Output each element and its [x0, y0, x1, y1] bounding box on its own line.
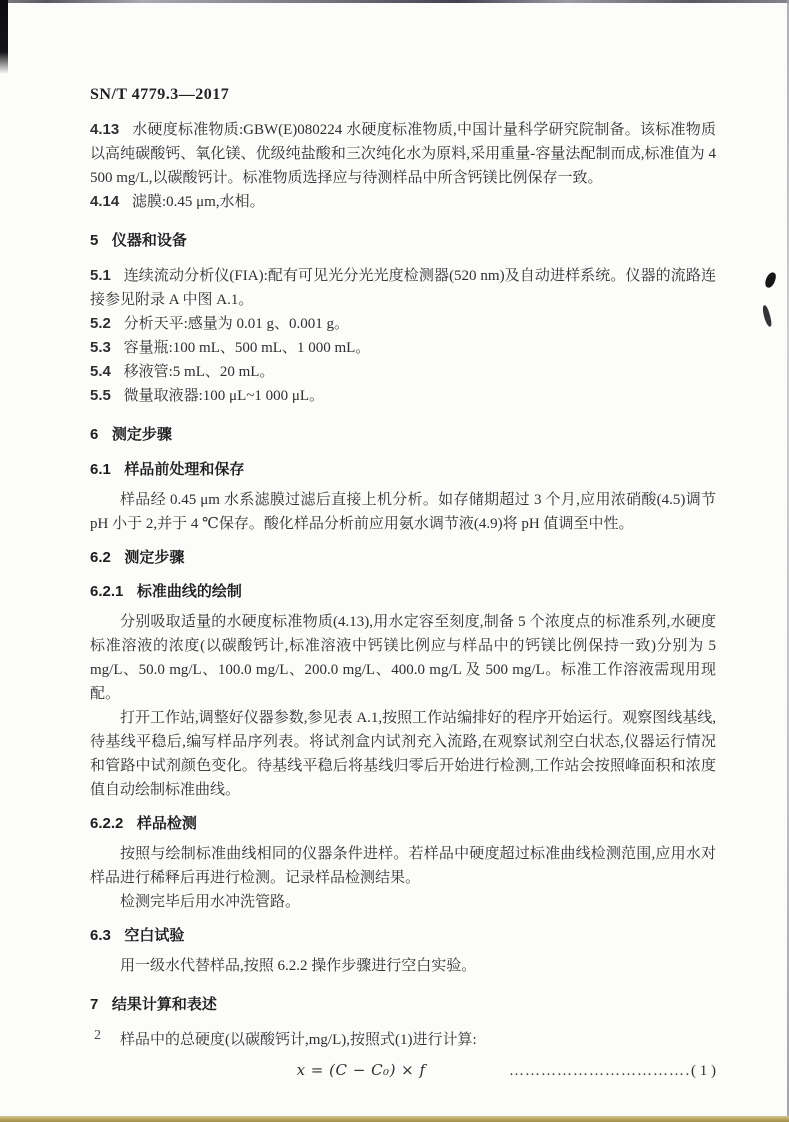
clause-number: 5.1 [90, 267, 111, 284]
section-heading: 6.2.2样品检测 [90, 812, 716, 836]
paragraph: 按照与绘制标准曲线相同的仪器条件进样。若样品中硬度超过标准曲线检测范围,应用水对… [90, 842, 716, 890]
scan-ink-mark [761, 305, 772, 328]
clause-text: 测定步骤 [124, 549, 184, 566]
clause-text: 样品经 0.45 μm 水系滤膜过滤后直接上机分析。如存储期超过 3 个月,应用… [90, 492, 716, 532]
section-heading: 5仪器和设备 [90, 229, 716, 253]
clause-text: 打开工作站,调整好仪器参数,参见表 A.1,按照工作站编排好的程序开始运行。观察… [90, 710, 716, 798]
clause-number: 5.3 [90, 339, 111, 356]
clause-text: 用一级水代替样品,按照 6.2.2 操作步骤进行空白实验。 [120, 958, 476, 974]
paragraph: 分别吸取适量的水硬度标准物质(4.13),用水定容至刻度,制备 5 个浓度点的标… [90, 610, 716, 706]
clause-text: 样品中的总硬度(以碳酸钙计,mg/L),按照式(1)进行计算: [120, 1032, 477, 1048]
document-body: 4.13水硬度标准物质:GBW(E)080224 水硬度标准物质,中国计量科学研… [90, 118, 716, 1083]
section-heading: 6.3空白试验 [90, 924, 716, 948]
clause: 5.2分析天平:感量为 0.01 g、0.001 g。 [90, 312, 716, 336]
section-heading: 6测定步骤 [90, 423, 716, 447]
clause-number: 5.2 [90, 315, 111, 332]
scan-edge-top [0, 0, 789, 3]
clause-text: 标准曲线的绘制 [137, 583, 242, 600]
clause-text: 容量瓶:100 mL、500 mL、1 000 mL。 [124, 340, 371, 356]
scanned-document-page: SN/T 4779.3—2017 4.13水硬度标准物质:GBW(E)08022… [0, 0, 789, 1122]
clause-number: 7 [90, 996, 98, 1013]
clause-text: 移液管:5 mL、20 mL。 [124, 364, 275, 380]
clause-number: 6.3 [90, 927, 111, 944]
clause-number: 6 [90, 426, 98, 443]
paragraph: 样品中的总硬度(以碳酸钙计,mg/L),按照式(1)进行计算: [90, 1028, 716, 1052]
clause-number: 6.2 [90, 549, 111, 566]
clause: 5.4移液管:5 mL、20 mL。 [90, 360, 716, 384]
clause-text: 仪器和设备 [112, 232, 187, 249]
clause-text: 分别吸取适量的水硬度标准物质(4.13),用水定容至刻度,制备 5 个浓度点的标… [90, 614, 716, 702]
clause: 5.5微量取液器:100 μL~1 000 μL。 [90, 384, 716, 408]
paragraph: 检测完毕后用水冲洗管路。 [90, 890, 716, 914]
clause-text: 水硬度标准物质:GBW(E)080224 水硬度标准物质,中国计量科学研究院制备… [90, 122, 716, 186]
clause-text: 分析天平:感量为 0.01 g、0.001 g。 [124, 316, 349, 332]
clause-text: 空白试验 [124, 927, 184, 944]
clause: 5.1连续流动分析仪(FIA):配有可见光分光光度检测器(520 nm)及自动进… [90, 264, 716, 312]
section-heading: 6.1样品前处理和保存 [90, 458, 716, 482]
page-number: 2 [94, 1028, 101, 1044]
clause-text: 样品前处理和保存 [124, 461, 244, 478]
clause-text: 测定步骤 [112, 426, 172, 443]
formula-expression: x = (C − C₀) × f [297, 1058, 426, 1082]
scan-edge-left-shadow [0, 0, 8, 74]
clause-text: 检测完毕后用水冲洗管路。 [120, 894, 300, 910]
clause-text: 结果计算和表述 [112, 996, 217, 1013]
clause-number: 6.2.2 [90, 815, 123, 832]
scan-edge-bottom-band [0, 1116, 789, 1122]
clause: 5.3容量瓶:100 mL、500 mL、1 000 mL。 [90, 336, 716, 360]
clause: 4.13水硬度标准物质:GBW(E)080224 水硬度标准物质,中国计量科学研… [90, 118, 716, 190]
clause-text: 微量取液器:100 μL~1 000 μL。 [124, 388, 324, 404]
formula-row: x = (C − C₀) × f ……………………………… ( 1 ) [90, 1058, 716, 1083]
clause: 4.14滤膜:0.45 μm,水相。 [90, 190, 716, 214]
clause-text: 连续流动分析仪(FIA):配有可见光分光光度检测器(520 nm)及自动进样系统… [90, 268, 716, 308]
clause-number: 4.13 [90, 121, 119, 138]
paragraph: 用一级水代替样品,按照 6.2.2 操作步骤进行空白实验。 [90, 954, 716, 978]
clause-text: 样品检测 [137, 815, 197, 832]
clause-text: 滤膜:0.45 μm,水相。 [132, 194, 265, 210]
clause-number: 5 [90, 232, 98, 249]
paragraph: 打开工作站,调整好仪器参数,参见表 A.1,按照工作站编排好的程序开始运行。观察… [90, 706, 716, 802]
clause-number: 6.1 [90, 461, 111, 478]
paragraph: 样品经 0.45 μm 水系滤膜过滤后直接上机分析。如存储期超过 3 个月,应用… [90, 488, 716, 536]
clause-number: 5.4 [90, 363, 111, 380]
section-heading: 7结果计算和表述 [90, 993, 716, 1017]
equation-number: ( 1 ) [691, 1059, 716, 1083]
section-heading: 6.2.1标准曲线的绘制 [90, 580, 716, 604]
clause-number: 4.14 [90, 193, 119, 210]
formula-dot-leaders: ……………………………… [509, 1059, 689, 1083]
clause-number: 6.2.1 [90, 583, 123, 600]
scan-ink-mark [764, 271, 778, 289]
section-heading: 6.2测定步骤 [90, 546, 716, 570]
standard-number-header: SN/T 4779.3—2017 [90, 86, 229, 104]
clause-text: 按照与绘制标准曲线相同的仪器条件进样。若样品中硬度超过标准曲线检测范围,应用水对… [90, 846, 716, 886]
clause-number: 5.5 [90, 387, 111, 404]
